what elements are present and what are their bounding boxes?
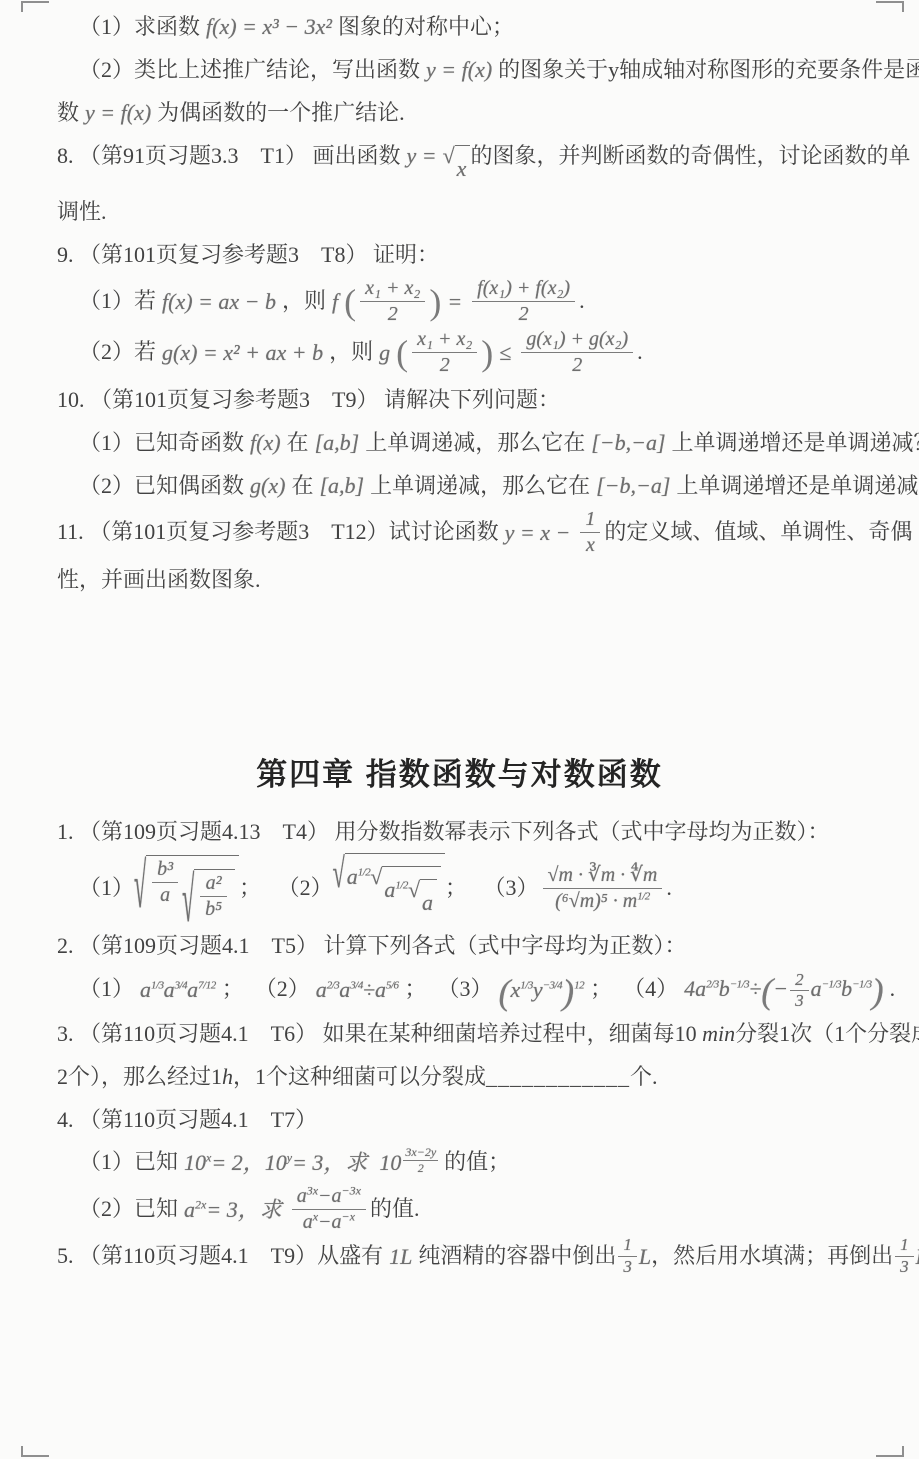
fraction: 23 — [790, 970, 809, 1012]
numerator: 1 — [580, 507, 600, 533]
ch4-problem-2-heading: 2. （第109页习题4.1 T5） 计算下列各式（式中字母均为正数）： — [57, 924, 862, 967]
text-run: 纯酒精的容器中倒出 — [418, 1243, 616, 1269]
right-paren: ) — [562, 972, 574, 1012]
text-run: 如果在某种细菌培养过程中，细菌每10 — [323, 1021, 703, 1046]
right-paren: ) — [429, 284, 441, 320]
radical-sign: √ — [333, 853, 345, 895]
text-run: . — [637, 339, 643, 365]
problem-9-1: （1）若 f(x) = ax − b ，则 f(x₁ + x₂2) = f(x₁… — [57, 276, 862, 327]
base: a — [332, 1211, 342, 1233]
denominator: 3 — [895, 1257, 914, 1277]
text-run: 的值. — [370, 1196, 420, 1222]
variable: a — [384, 877, 395, 902]
variable: a — [140, 977, 151, 1002]
formula: a2x= 3，求 — [184, 1188, 282, 1231]
problem-7-1: （1）求函数f(x) = x³ − 3x²图象的对称中心； — [57, 5, 862, 48]
problem-8-line2: 调性. — [57, 190, 862, 233]
radical: √a — [408, 879, 437, 924]
variable: a — [695, 976, 706, 1001]
radical-sign: √ — [182, 869, 194, 933]
formula: y = x − — [505, 511, 571, 554]
variable: a — [347, 864, 358, 889]
page-corner-mark-top-right — [876, 1, 904, 12]
item-label: （4） — [623, 976, 678, 1002]
item-label: （2） — [278, 875, 333, 901]
radical-sign: √ — [443, 145, 455, 167]
formula: g(x) = x² + ax + b — [162, 331, 323, 374]
chapter-title: 第四章 指数函数与对数函数 — [57, 749, 862, 794]
denominator: ax−a−x — [292, 1210, 366, 1235]
denominator: x — [580, 533, 600, 558]
problem-number: 9. — [57, 242, 74, 267]
variable: a — [375, 977, 386, 1002]
formula: f(x) — [250, 430, 281, 455]
ch4-problem-1-heading: 1. （第109页习题4.13 T4） 用分数指数幂表示下列各式（式中字母均为正… — [57, 810, 862, 853]
problem-number: 4. — [57, 1107, 74, 1132]
problem-9-2: （2）若 g(x) = x² + ax + b ，则 g(x₁ + x₂2) ≤… — [57, 327, 862, 378]
right-paren: ) — [872, 971, 884, 1011]
interval: [a,b] — [319, 473, 364, 498]
text-run: ； — [590, 976, 612, 1002]
formula: y = f(x) — [426, 57, 492, 82]
text-run: 在 — [287, 430, 309, 455]
superscript: −3x — [342, 1183, 361, 1197]
numerator: a² — [200, 871, 227, 897]
base: a — [184, 1197, 195, 1222]
source-ref: （第110页习题4.1 T7） — [79, 1107, 317, 1132]
superscript: 1/3 — [520, 980, 533, 992]
text-run: （1）已知奇函数 — [79, 430, 244, 455]
superscript: 5/6 — [386, 980, 399, 992]
page-corner-mark-top-left — [21, 1, 49, 12]
denominator: 2 — [412, 353, 477, 378]
problem-11-line2: 性，并画出函数图象. — [57, 558, 862, 601]
base: a — [332, 1185, 342, 1207]
document-content: （1）求函数f(x) = x³ − 3x²图象的对称中心； （2）类比上述推广结… — [0, 0, 919, 1278]
base: 10 — [265, 1150, 287, 1175]
text-run: 上单调递减，那么它在 — [370, 473, 590, 498]
denominator: 3 — [790, 991, 809, 1011]
superscript: 2/3 — [327, 980, 340, 992]
text-run: （2）若 — [79, 339, 156, 365]
exponent-fraction: 3x−2y2 — [403, 1145, 438, 1176]
text-run: （1）已知 — [79, 1149, 178, 1175]
function-symbol: f — [332, 280, 338, 323]
text-run: 图象的对称中心； — [338, 14, 514, 39]
minus-symbol: − — [773, 976, 788, 1001]
numerator: 2 — [790, 970, 809, 991]
fraction: 13 — [618, 1235, 637, 1277]
denominator: a — [152, 883, 178, 908]
variable: a — [339, 977, 350, 1002]
relation-symbol: = — [447, 280, 462, 323]
formula: a2/3a3/4÷a5/6 — [316, 968, 399, 1011]
ch4-problem-5: 5. （第110页习题4.1 T9） 从盛有 1L 纯酒精的容器中倒出 13L … — [57, 1235, 862, 1278]
superscript: 1/2 — [395, 880, 408, 892]
unit-hour: h — [222, 1064, 233, 1089]
ch4-problem-3-line2: 2个），那么经过1h，1个这种细菌可以分裂成____________个. — [57, 1055, 862, 1098]
denominator: 2 — [360, 302, 425, 327]
problem-number: 2. — [57, 933, 74, 958]
problem-7-2-line1: （2）类比上述推广结论，写出函数y = f(x)的图象关于y轴成轴对称图形的充要… — [57, 48, 862, 91]
radical: √a1/2√a1/2√a — [333, 853, 445, 924]
formula: y = f(x) — [85, 100, 151, 125]
blank-line: ____________ — [486, 1064, 630, 1089]
text-run: 计算下列各式（式中字母均为正数）： — [323, 933, 686, 958]
radical: √b³a√a²b⁵ — [134, 855, 239, 923]
text-run: ； — [222, 976, 244, 1002]
left-paren: ( — [344, 284, 356, 320]
text-run: 分裂1次（1个分裂成 — [735, 1021, 919, 1046]
denominator: 3 — [618, 1257, 637, 1277]
superscript: 2/3 — [706, 979, 719, 991]
interval: [−b,−a] — [591, 430, 665, 455]
superscript: 3/4 — [350, 980, 363, 992]
item-label: （2） — [255, 976, 310, 1002]
fraction: 1x — [580, 507, 600, 558]
problem-9-heading: 9. （第101页复习参考题3 T8） 证明： — [57, 233, 862, 276]
text-run: （2）类比上述推广结论，写出函数 — [79, 57, 420, 82]
text-run: 上单调递增还是单调递减？ — [672, 430, 919, 455]
text-run: （2）已知偶函数 — [79, 473, 244, 498]
superscript: 1/2 — [637, 890, 650, 902]
problem-number: 11. — [57, 519, 84, 545]
text-run: 的定义域、值域、单调性、奇偶 — [604, 519, 912, 545]
text-run: (⁶√m)⁵ · m — [555, 890, 637, 912]
text-run: 2个），那么经过1 — [57, 1064, 222, 1089]
formula: 4a2/3b−1/3÷(−23a−1/3b−1/3) — [684, 967, 883, 1012]
minus-symbol: − — [318, 1211, 332, 1233]
numerator: a3x−a−3x — [292, 1184, 366, 1210]
text-run: ，1个这种细菌可以分裂成 — [233, 1064, 486, 1089]
superscript: −1/3 — [822, 979, 841, 991]
numerator: f(x₁) + f(x₂) — [472, 276, 575, 302]
superscript: −3/4 — [543, 980, 562, 992]
formula: y = — [406, 143, 436, 168]
numerator: 3x−2y — [403, 1145, 438, 1161]
text-run: ，然后用水填满；再倒出 — [651, 1243, 893, 1269]
item-label: （1） — [79, 875, 134, 901]
text-run: （2）已知 — [79, 1196, 178, 1222]
item-label: （3） — [484, 875, 539, 901]
radicand: a1/2√a1/2√a — [345, 853, 445, 924]
formula: g(x) — [250, 473, 285, 498]
ch4-problem-2-items: （1） a1/3a3/4a7/12 ； （2） a2/3a3/4÷a5/6 ； … — [57, 967, 862, 1012]
variable: a — [316, 977, 327, 1002]
numerator: 1 — [895, 1235, 914, 1256]
fraction: √m · ∛m · ∜m(⁶√m)⁵ · m1/2 — [543, 863, 663, 914]
denominator: b⁵ — [200, 897, 227, 922]
document-page: （1）求函数f(x) = x³ − 3x²图象的对称中心； （2）类比上述推广结… — [0, 0, 919, 1459]
interval: [−b,−a] — [596, 473, 670, 498]
variable: y — [533, 977, 543, 1002]
ch4-problem-4-heading: 4. （第110页习题4.1 T7） — [57, 1098, 862, 1141]
ch4-problem-3-line1: 3. （第110页习题4.1 T6） 如果在某种细菌培养过程中，细菌每10 mi… — [57, 1012, 862, 1055]
ch4-problem-4-1: （1）已知 10x= 2，10y= 3，求 103x−2y2 的值； — [57, 1141, 862, 1184]
radicand: x — [455, 145, 471, 190]
text-run: ； — [239, 875, 261, 901]
variable: a — [811, 976, 822, 1001]
text-run: 的图象，并判断函数的奇偶性，讨论函数的单 — [470, 143, 910, 168]
fraction: b³a — [152, 857, 178, 908]
fraction: f(x₁) + f(x₂)2 — [472, 276, 575, 327]
left-paren: ( — [396, 335, 408, 371]
formula: 10x= 2，10y= 3，求 — [184, 1141, 367, 1184]
superscript: 2x — [195, 1198, 206, 1212]
item-label: （3） — [438, 976, 493, 1002]
numerator: 1 — [618, 1235, 637, 1256]
formula: f(x) = x³ − 3x² — [206, 14, 332, 39]
radicand: a — [420, 879, 437, 924]
text-run: ，则 — [329, 339, 373, 365]
ch4-problem-1-items: （1） √b³a√a²b⁵ ； （2） √a1/2√a1/2√a ； （3） √… — [57, 853, 862, 924]
numerator: √m · ∛m · ∜m — [543, 863, 663, 889]
radicand: a²b⁵ — [194, 869, 235, 922]
superscript: 3/4 — [175, 980, 188, 992]
divide-symbol: ÷ — [749, 976, 761, 1001]
page-corner-mark-bottom-right — [876, 1446, 904, 1457]
numerator: b³ — [152, 857, 178, 883]
base: a — [297, 1185, 307, 1207]
source-ref: （第91页习题3.3 T1） — [79, 143, 307, 168]
problem-number: 1. — [57, 819, 74, 844]
text-run: . — [666, 875, 672, 901]
minus-symbol: − — [318, 1185, 332, 1207]
text-run: （1）求函数 — [79, 14, 200, 39]
fraction: x₁ + x₂2 — [360, 276, 425, 327]
superscript: 3x — [307, 1183, 318, 1197]
unit-min: min — [702, 1021, 735, 1046]
fraction: a3x−a−3xax−a−x — [292, 1184, 366, 1235]
base: 10 — [184, 1150, 206, 1175]
problem-10-1: （1）已知奇函数f(x)在[a,b]上单调递减，那么它在[−b,−a]上单调递增… — [57, 421, 862, 464]
problem-10-2: （2）已知偶函数g(x)在[a,b]上单调递减，那么它在[−b,−a]上单调递增… — [57, 464, 862, 507]
radical-sign: √ — [408, 879, 420, 901]
problem-number: 8. — [57, 143, 74, 168]
source-ref: （第101页复习参考题3 T9） — [90, 387, 378, 412]
text-run: 的值； — [444, 1149, 510, 1175]
problem-number: 3. — [57, 1021, 74, 1046]
text-run: 为偶函数的一个推广结论. — [157, 100, 405, 125]
superscript: 1/3 — [151, 980, 164, 992]
text-run: 请解决下列问题： — [384, 387, 560, 412]
numerator: x₁ + x₂ — [360, 276, 425, 302]
relation-symbol: ≤ — [499, 331, 511, 374]
coefficient: 4 — [684, 976, 695, 1001]
superscript: 1/2 — [358, 867, 371, 879]
superscript: −x — [342, 1209, 355, 1223]
left-paren: ( — [761, 971, 773, 1011]
radicand: b³a√a²b⁵ — [146, 855, 239, 923]
interval: [a,b] — [315, 430, 360, 455]
text-run: 数 — [57, 100, 79, 125]
text-run: 用分数指数幂表示下列各式（式中字母均为正数）： — [334, 819, 829, 844]
base: 10 — [379, 1150, 401, 1175]
radical: √a1/2√a — [370, 866, 441, 924]
ch4-problem-4-2: （2）已知 a2x= 3，求 a3x−a−3xax−a−x 的值. — [57, 1184, 862, 1235]
text-run: 调性. — [57, 199, 107, 224]
radical: √a²b⁵ — [182, 869, 235, 922]
problem-11-line1: 11. （第101页复习参考题3 T12） 试讨论函数 y = x −1x 的定… — [57, 507, 862, 558]
problem-8-line1: 8. （第91页习题3.3 T1） 画出函数y =√x的图象，并判断函数的奇偶性… — [57, 134, 862, 190]
fraction: 13 — [895, 1235, 914, 1277]
source-ref: （第110页习题4.1 T6） — [79, 1021, 317, 1046]
variable: b — [719, 976, 730, 1001]
source-ref: （第109页习题4.1 T5） — [79, 933, 318, 958]
problem-7-2-line2: 数y = f(x)为偶函数的一个推广结论. — [57, 91, 862, 134]
formula: 103x−2y2 — [379, 1141, 438, 1184]
page-corner-mark-bottom-left — [21, 1446, 49, 1457]
text-run: ； — [445, 875, 467, 901]
function-symbol: g — [379, 331, 390, 374]
formula: (x1/3y−3/4)12 — [499, 968, 585, 1011]
denominator: (⁶√m)⁵ · m1/2 — [543, 889, 663, 914]
problem-number: 10. — [57, 387, 85, 412]
divide-symbol: ÷ — [363, 977, 375, 1002]
radical: √x — [443, 145, 471, 190]
text-run: 证明： — [373, 242, 439, 267]
numerator: x₁ + x₂ — [412, 327, 477, 353]
text-run: 上单调递减，那么它在 — [365, 430, 585, 455]
unit-litre: L — [639, 1235, 651, 1278]
text-run: 试讨论函数 — [389, 519, 499, 545]
problem-10-heading: 10. （第101页复习参考题3 T9） 请解决下列问题： — [57, 378, 862, 421]
text-run: 画出函数 — [312, 143, 400, 168]
radicand: a1/2√a — [382, 866, 441, 924]
item-label: （1） — [79, 976, 134, 1002]
denominator: 2 — [403, 1161, 438, 1176]
text-run: 从盛有 — [317, 1243, 383, 1269]
fraction: x₁ + x₂2 — [412, 327, 477, 378]
source-ref: （第101页复习参考题3 T8） — [79, 242, 367, 267]
equation-part: = 3，求 — [292, 1150, 367, 1175]
text-run: 的图象关于y轴成轴对称图形的充要条件是函 — [498, 57, 919, 82]
text-run: 个. — [630, 1064, 658, 1089]
fraction: g(x₁) + g(x₂)2 — [521, 327, 633, 378]
text-run: ； — [405, 976, 427, 1002]
radical-sign: √ — [134, 855, 146, 919]
superscript: 7/12 — [198, 980, 216, 992]
text-run: 在 — [291, 473, 313, 498]
denominator: 2 — [472, 302, 575, 327]
radical-sign: √ — [370, 866, 382, 888]
text-run: 上单调递增还是单调递减？ — [676, 473, 919, 498]
source-ref: （第101页复习参考题3 T12） — [89, 519, 388, 545]
volume-value: 1L — [389, 1235, 412, 1278]
text-run: 性，并画出函数图象. — [57, 567, 261, 592]
variable: b — [841, 976, 852, 1001]
text-run: . — [890, 976, 896, 1002]
left-paren: ( — [499, 972, 511, 1012]
equation-part: = 3，求 — [206, 1197, 281, 1222]
base: a — [303, 1211, 313, 1233]
denominator: 2 — [521, 353, 633, 378]
variable: x — [511, 977, 521, 1002]
problem-number: 5. — [57, 1243, 74, 1269]
formula: a1/3a3/4a7/12 — [140, 968, 216, 1011]
text-run: . — [579, 288, 585, 314]
fraction: a²b⁵ — [200, 871, 227, 922]
formula: f(x) = ax − b — [162, 280, 276, 323]
variable: a — [164, 977, 175, 1002]
superscript: −1/3 — [730, 979, 749, 991]
superscript: −1/3 — [852, 979, 871, 991]
numerator: g(x₁) + g(x₂) — [521, 327, 633, 353]
source-ref: （第109页习题4.13 T4） — [79, 819, 329, 844]
text-run: ，则 — [282, 288, 326, 314]
variable: a — [187, 977, 198, 1002]
right-paren: ) — [481, 335, 493, 371]
text-run: （1）若 — [79, 288, 156, 314]
superscript: 12 — [574, 980, 584, 992]
source-ref: （第110页习题4.1 T9） — [79, 1243, 317, 1269]
equation-part: = 2， — [211, 1150, 264, 1175]
